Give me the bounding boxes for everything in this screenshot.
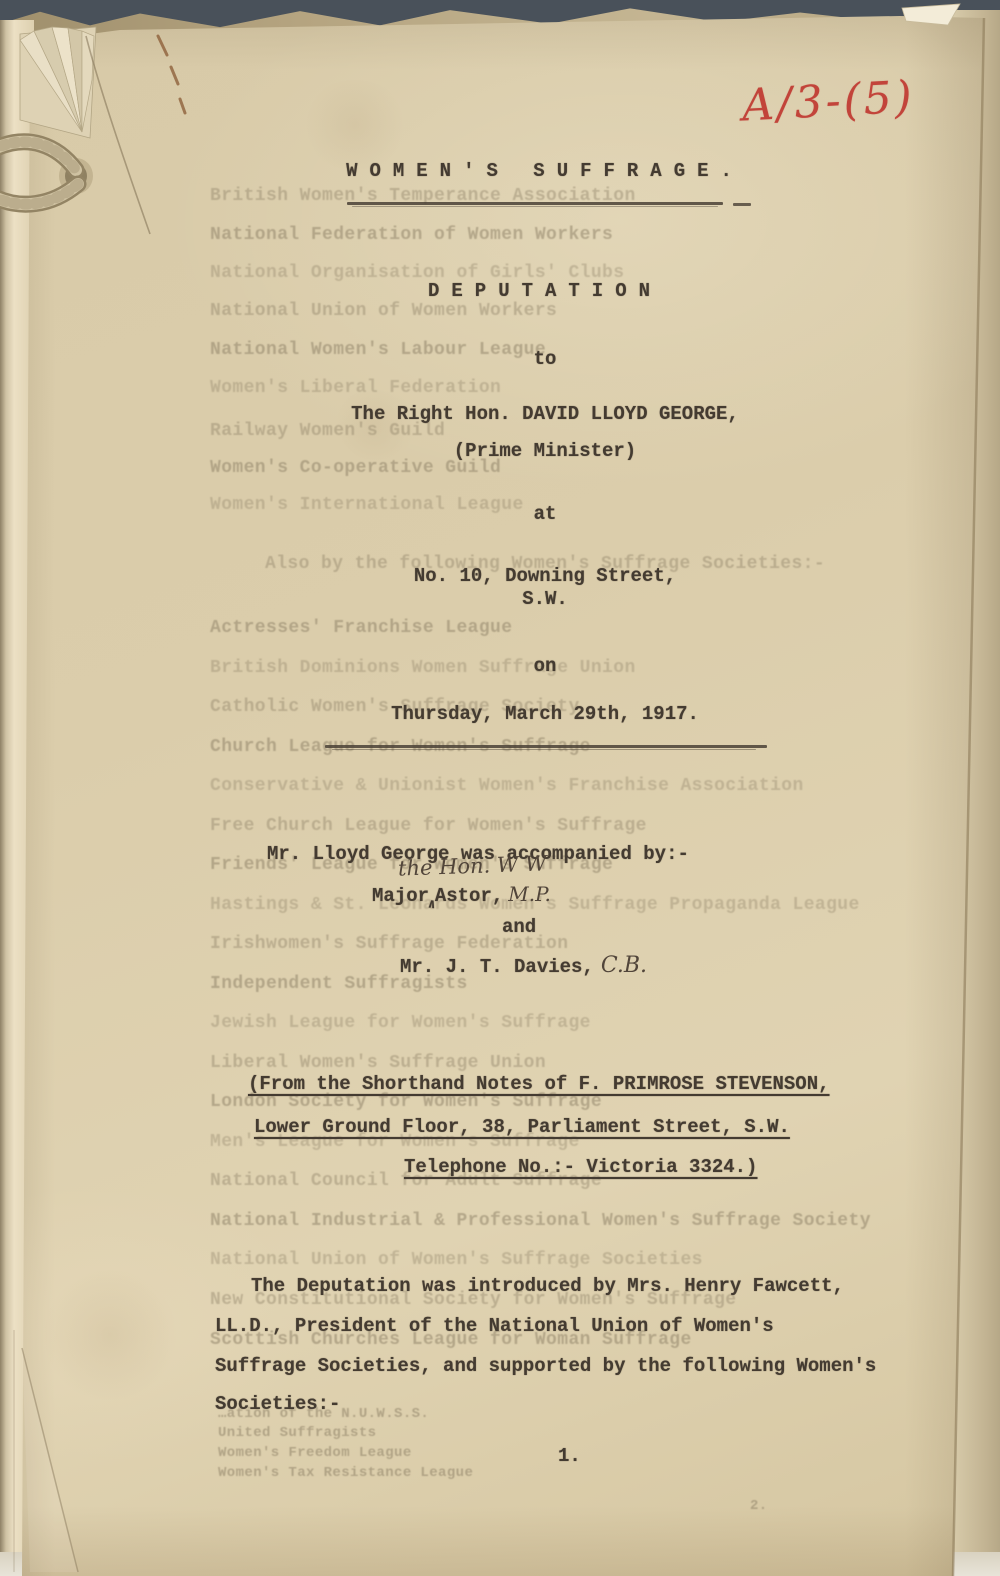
title-underline-dash: [733, 203, 751, 206]
shorthand-note-line3: Telephone No.:- Victoria 3324.): [404, 1156, 757, 1178]
on-word: on: [190, 655, 900, 677]
companion1-name: Astor,: [435, 885, 503, 907]
red-reference-annotation: A/3-(5): [741, 72, 916, 132]
companion1-line: Major∧Astor,M.P.: [372, 882, 551, 907]
document-subtitle: DEPUTATION: [190, 280, 900, 302]
showthrough-line: Women's Liberal Federation: [210, 378, 501, 398]
title-underline-shadow: [352, 206, 718, 207]
body-paragraph-line2: LL.D., President of the National Union o…: [215, 1315, 774, 1337]
body-paragraph-line3: Suffrage Societies, and supported by the…: [215, 1355, 876, 1377]
showthrough-line: Free Church League for Women's Suffrage: [210, 816, 647, 836]
showthrough-line: 2.: [750, 1498, 768, 1514]
address-line2: S.W.: [190, 588, 900, 610]
document-photo: British Women's Temperance AssociationNa…: [0, 0, 1000, 1576]
and-word: and: [502, 916, 536, 938]
address-line1: No. 10, Downing Street,: [190, 565, 900, 587]
showthrough-line: Women's Freedom League: [218, 1445, 412, 1461]
companion2-line: Mr. J. T. Davies,C.B.: [400, 953, 647, 978]
at-word: at: [190, 503, 900, 525]
shorthand-note-line2: Lower Ground Floor, 38, Parliament Stree…: [254, 1116, 790, 1138]
date-line: Thursday, March 29th, 1917.: [190, 703, 900, 725]
body-paragraph-line1: The Deputation was introduced by Mrs. He…: [251, 1275, 844, 1297]
recipient-name: The Right Hon. DAVID LLOYD GEORGE,: [190, 403, 900, 425]
showthrough-line: National Union of Women's Suffrage Socie…: [210, 1250, 703, 1270]
showthrough-line: Women's Tax Resistance League: [218, 1465, 473, 1481]
companion1-postnominal-handwritten: M.P.: [508, 882, 551, 906]
to-word: to: [190, 348, 900, 370]
recipient-role: (Prime Minister): [190, 440, 900, 462]
showthrough-line: Actresses' Franchise League: [210, 618, 512, 638]
showthrough-line: National Federation of Women Workers: [210, 225, 613, 245]
shorthand-note-line1: (From the Shorthand Notes of F. PRIMROSE…: [248, 1073, 830, 1095]
showthrough-line: Liberal Women's Suffrage Union: [210, 1053, 546, 1073]
companion2-postnominal-handwritten: C.B.: [601, 953, 647, 978]
showthrough-line: National Industrial & Professional Women…: [210, 1211, 871, 1231]
date-underline: [325, 745, 767, 748]
document-title: WOMEN'S SUFFRAGE.: [190, 160, 900, 182]
companion1-rank: Major: [372, 885, 429, 907]
showthrough-line: United Suffragists: [218, 1425, 376, 1441]
showthrough-line: Jewish League for Women's Suffrage: [210, 1013, 591, 1033]
date-underline-shadow: [332, 749, 756, 750]
showthrough-line: National Union of Women Workers: [210, 301, 557, 321]
showthrough-line: London Society for Women's Suffrage: [210, 1092, 602, 1112]
title-underline: [347, 202, 723, 205]
showthrough-text-layer: British Women's Temperance AssociationNa…: [0, 0, 1000, 1576]
companion2-name: Mr. J. T. Davies,: [400, 956, 594, 978]
body-paragraph-line4: Societies:-: [215, 1393, 340, 1415]
page-number: 1.: [558, 1445, 581, 1467]
showthrough-line: Conservative & Unionist Women's Franchis…: [210, 776, 804, 796]
